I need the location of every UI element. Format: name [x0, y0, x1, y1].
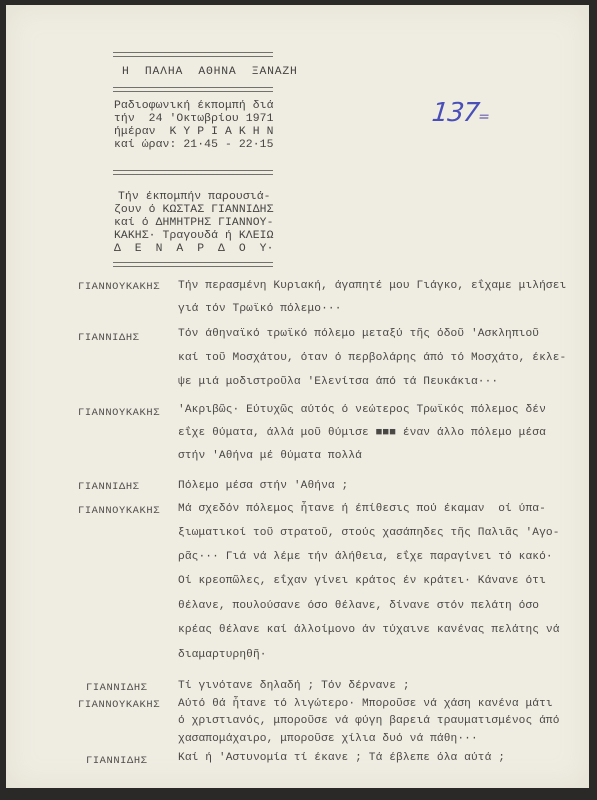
- dialogue-line: Τόν άθηναϊκό τρωϊκό πόλεμο μεταξύ τῆς όδ…: [178, 328, 539, 341]
- dialogue-line: Οί κρεοπῶλες, εΐχαν γίνει κράτος έν κράτ…: [178, 575, 546, 588]
- speaker-label: ΓΙΑΝΝΙΔΗΣ: [78, 332, 140, 345]
- dialogue-line: εΐχε θύματα, άλλά μοῦ θύμισε ■■■ έναν άλ…: [178, 427, 546, 440]
- dialogue-line: κρέας θέλανε καί άλλοίμονο άν τύχαινε κα…: [178, 624, 560, 637]
- presenters-line: ζουν ό ΚΩΣΤΑΣ ΓΙΑΝΝΙΔΗΣ: [114, 204, 274, 217]
- broadcast-line: καί ώραν: 21·45 - 22·15: [114, 139, 274, 152]
- dialogue-line: καί τοῦ Μοσχάτου, όταν ό περβολάρης άπό …: [178, 352, 566, 365]
- speaker-label: ΓΙΑΝΝΙΔΗΣ: [78, 481, 140, 494]
- dialogue-line: Τί γινότανε δηλαδή ; Τόν δέρνανε ;: [178, 680, 410, 693]
- dialogue-line: γιά τόν Τρωϊκό πόλεμο···: [178, 303, 342, 316]
- presenters-line: Τήν έκπομπήν παρουσιά-: [118, 191, 271, 204]
- broadcast-line: Ραδιοφωνική έκπομπή διά: [114, 100, 274, 113]
- dialogue-line: διαμαρτυρηθῆ·: [178, 649, 267, 662]
- typewritten-page: [6, 5, 589, 788]
- speaker-label: ΓΙΑΝΝΟΥΚΑΚΗΣ: [78, 699, 160, 712]
- dialogue-line: Τήν περασμένη Κυριακή, άγαπητέ μου Γιάγκ…: [178, 280, 566, 293]
- dialogue-line: ψε μιά μοδιστροῦλα 'Ελενίτσα άπό τά Πευκ…: [178, 376, 498, 389]
- dialogue-line: χασαπομάχαιρο, μποροῦσε χίλια δυό νά πάθ…: [178, 733, 478, 746]
- header-rule-bottom: [113, 262, 273, 267]
- dialogue-line: στήν 'Αθήνα μέ θύματα πολλά: [178, 450, 362, 463]
- program-title: Η ΠΑΛΗΑ ΑΘΗΝΑ ΞΑΝΑΖΗ: [122, 66, 298, 79]
- speaker-label: ΓΙΑΝΝΟΥΚΑΚΗΣ: [78, 281, 160, 294]
- dialogue-line: Καί ή 'Αστυνομία τί έκανε ; Τά έβλεπε όλ…: [178, 752, 505, 765]
- handwritten-page-number: 137=: [430, 98, 491, 128]
- dialogue-line: 'Ακριβῶς· Εύτυχῶς αύτός ό νεώτερος Τρωϊκ…: [178, 404, 546, 417]
- page-number-text: 137: [430, 98, 480, 128]
- broadcast-line: τήν 24 'Οκτωβρίου 1971: [114, 113, 274, 126]
- dialogue-line: ό χριστιανός, μποροῦσε νά φύγη βαρειά τρ…: [178, 715, 560, 728]
- dialogue-line: Μά σχεδόν πόλεμος ἦτανε ή έπίθεσις πού έ…: [178, 503, 546, 516]
- presenters-line: ΚΑΚΗΣ· Τραγουδά ή ΚΛΕΙΩ: [114, 230, 274, 243]
- presenters-line: Δ Ε Ν Α Ρ Δ Ο Υ·: [114, 243, 274, 256]
- header-rule-top: [113, 52, 273, 57]
- header-rule-lower: [113, 170, 273, 175]
- speaker-label: ΓΙΑΝΝΙΔΗΣ: [86, 755, 148, 768]
- speaker-label: ΓΙΑΝΝΙΔΗΣ: [86, 682, 148, 695]
- speaker-label: ΓΙΑΝΝΟΥΚΑΚΗΣ: [78, 505, 160, 518]
- header-rule-middle: [113, 87, 273, 92]
- dialogue-line: Πόλεμο μέσα στήν 'Αθήνα ;: [178, 480, 348, 493]
- presenters-line: καί ό ΔΗΜΗΤΡΗΣ ΓΙΑΝΝΟΥ-: [114, 217, 274, 230]
- dialogue-line: θέλανε, πουλούσανε όσο θέλανε, δίνανε στ…: [178, 600, 539, 613]
- page-number-underline: =: [477, 109, 489, 125]
- dialogue-line: ξιωματικοί τοῦ στρατοῦ, στούς χασάπηδες …: [178, 527, 560, 540]
- speaker-label: ΓΙΑΝΝΟΥΚΑΚΗΣ: [78, 407, 160, 420]
- dialogue-line: ρᾶς··· Γιά νά λέμε τήν άλήθεια, εΐχε παρ…: [178, 551, 553, 564]
- dialogue-line: Αύτό θά ἦτανε τό λιγώτερο· Μποροῦσε νά χ…: [178, 698, 553, 711]
- broadcast-line: ήμέραν Κ Υ Ρ Ι Α Κ Η Ν: [114, 126, 274, 139]
